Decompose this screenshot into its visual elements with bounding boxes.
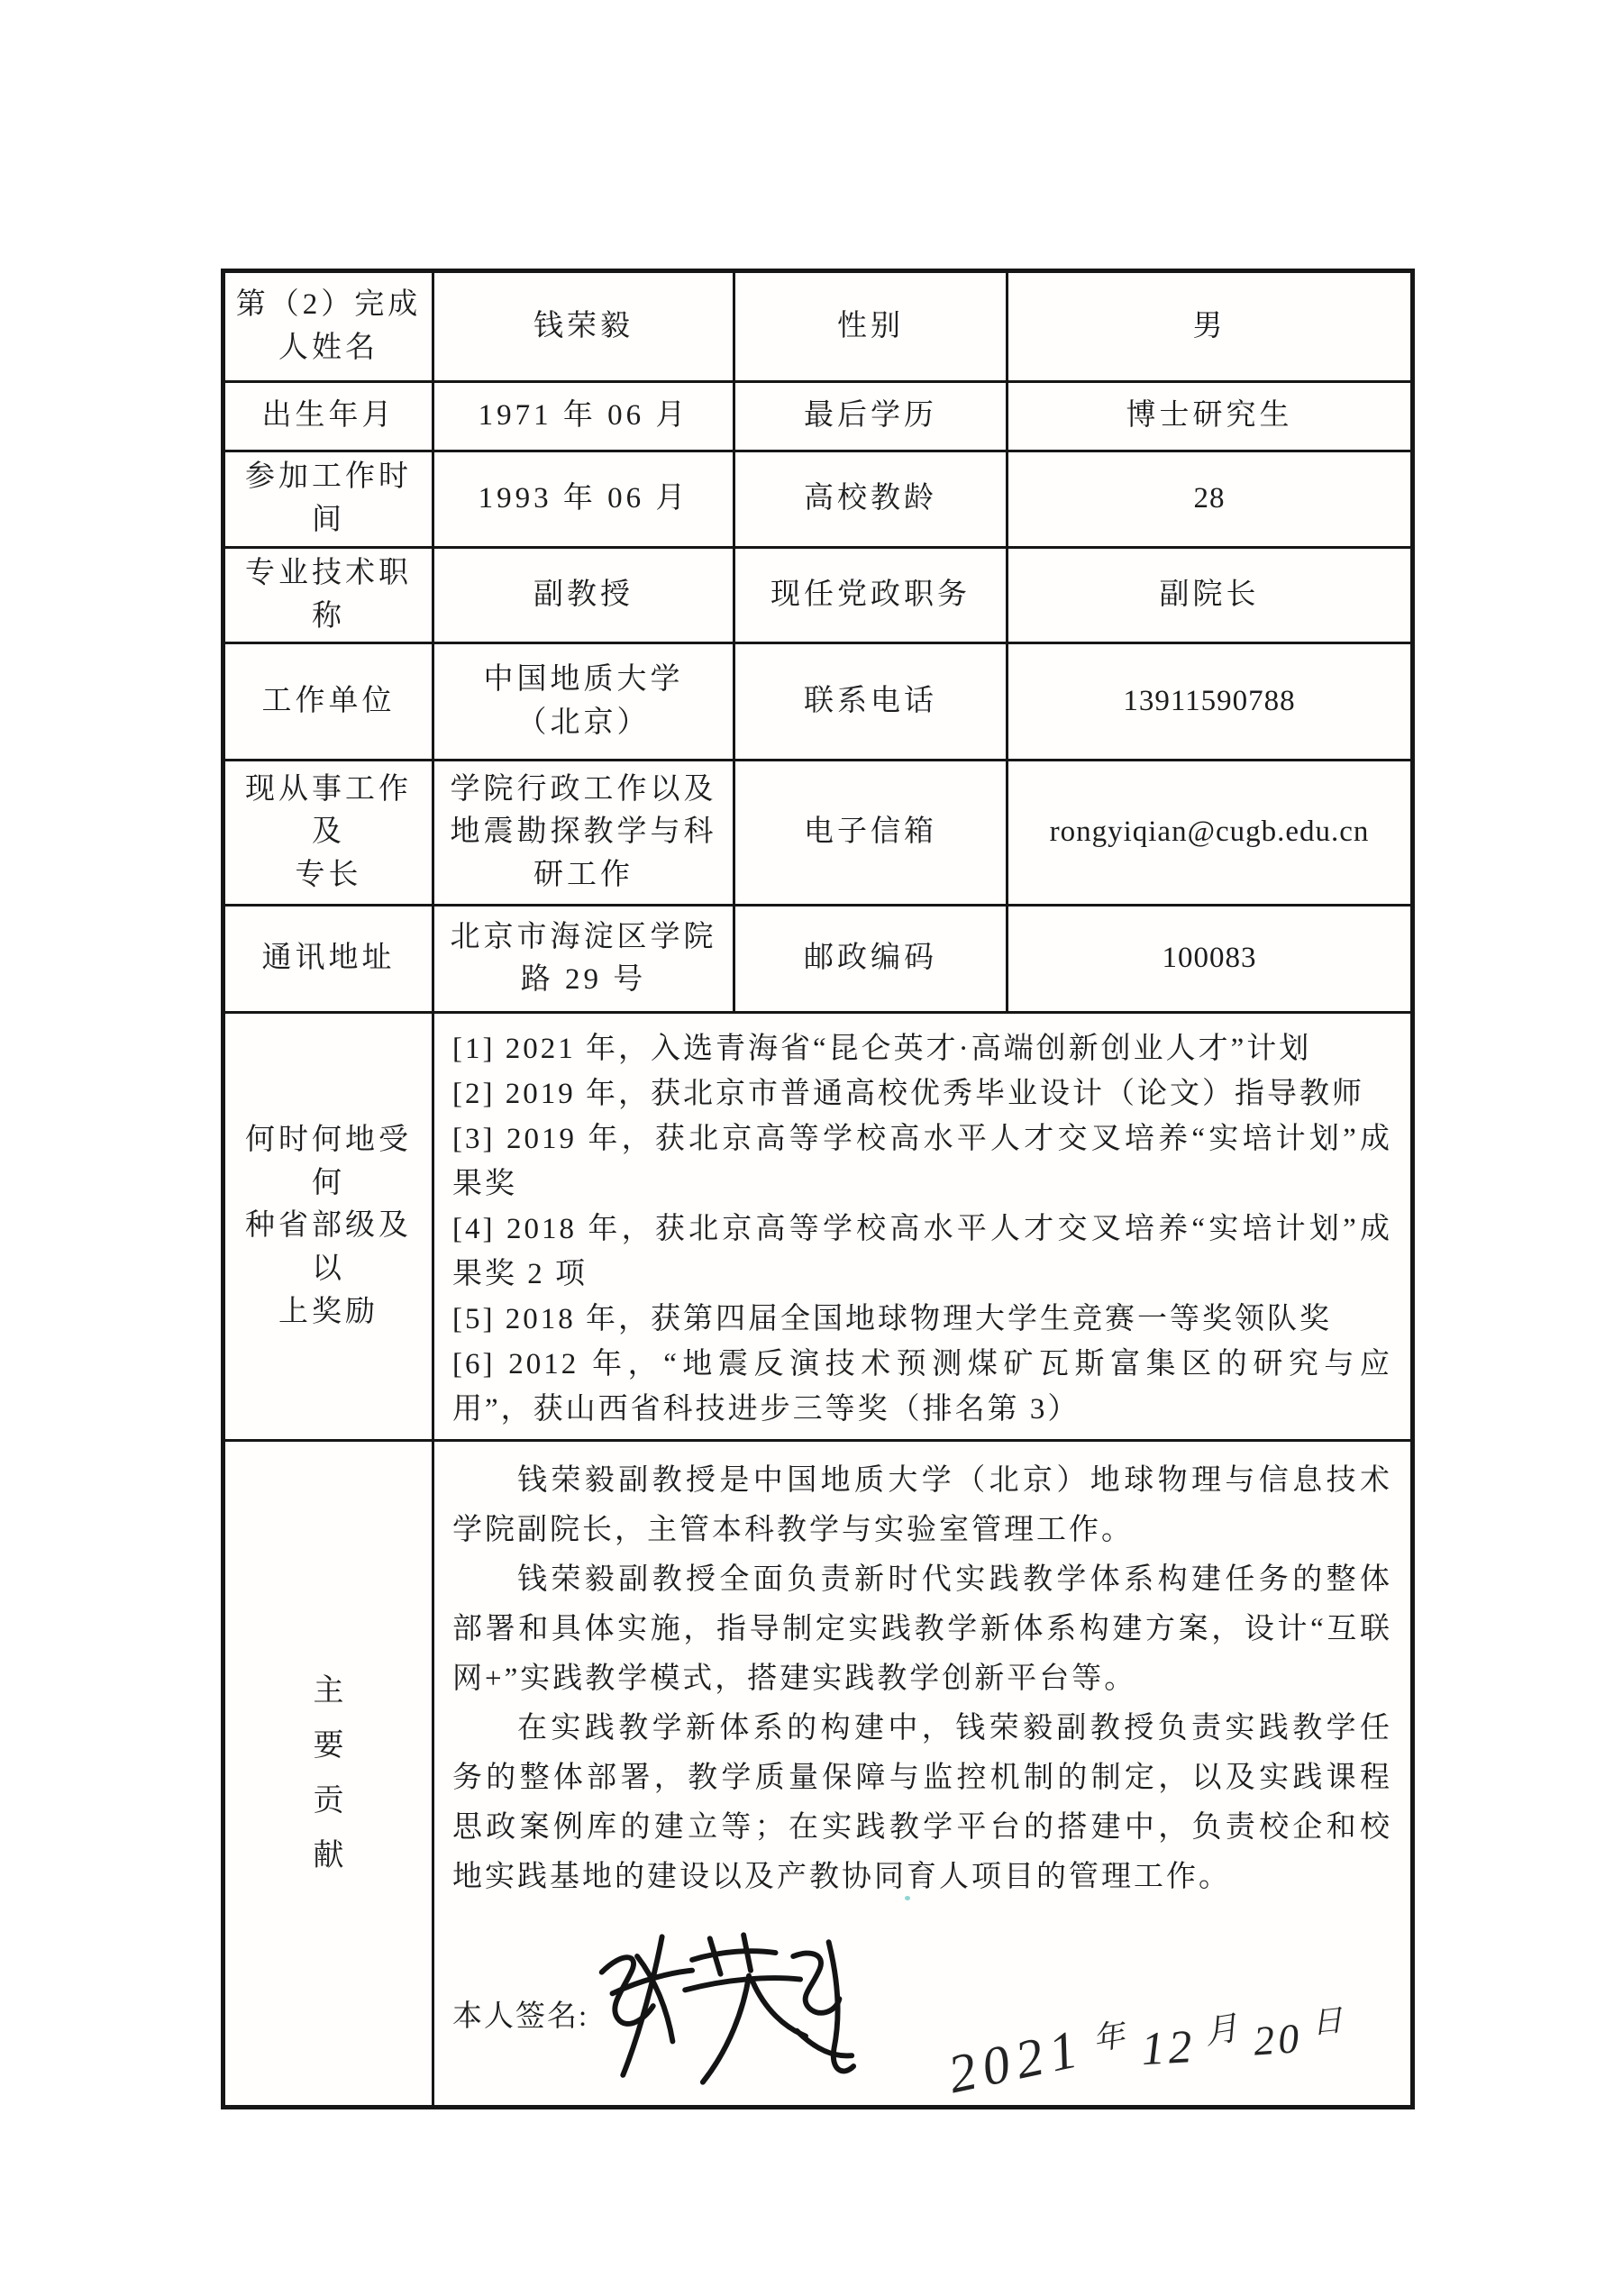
label-employer: 工作单位 [223,643,433,761]
date-day-char: 日 [1310,2006,1347,2040]
award-item: [1] 2021 年，入选青海省“昆仑英才·高端创新创业人才”计划 [452,1026,1392,1071]
value-work-start: 1993 年 06 月 [433,451,734,548]
award-item: [5] 2018 年，获第四届全国地球物理大学生竞赛一等奖领队奖 [452,1297,1392,1342]
personnel-info-table: 第（2）完成 人姓名 钱荣毅 性别 男 出生年月 1971 年 06 月 最后学… [221,269,1415,2109]
date-year-char: 年 [1090,2018,1131,2055]
value-prof-title: 副教授 [433,547,734,643]
value-party-post: 副院长 [1008,547,1413,643]
label-current-work: 现从事工作及 专长 [223,761,433,906]
scanned-form-page: 第（2）完成 人姓名 钱荣毅 性别 男 出生年月 1971 年 06 月 最后学… [0,0,1623,2296]
value-employer: 中国地质大学 （北京） [433,643,734,761]
label-teaching-age: 高校教龄 [734,451,1008,548]
value-gender: 男 [1008,271,1413,382]
label-party-post: 现任党政职务 [734,547,1008,643]
row-birth: 出生年月 1971 年 06 月 最后学历 博士研究生 [223,382,1413,451]
value-phone: 13911590788 [1008,643,1413,761]
award-item: [6] 2012 年，“地震反演技术预测煤矿瓦斯富集区的研究与应用”，获山西省科… [452,1342,1392,1432]
handwritten-date: 2021 年 12 月 20 日 [944,1994,1350,2097]
signature-label: 本人签名: [452,2002,588,2032]
value-awards: [1] 2021 年，入选青海省“昆仑英才·高端创新创业人才”计划 [2] 20… [433,1013,1413,1441]
award-item: [2] 2019 年，获北京市普通高校优秀毕业设计（论文）指导教师 [452,1071,1392,1116]
row-person-name: 第（2）完成 人姓名 钱荣毅 性别 男 [223,271,1413,382]
value-address: 北京市海淀区学院 路 29 号 [433,906,734,1013]
label-birth: 出生年月 [223,382,433,451]
contribution-vertical-label: 主 要 贡 献 [233,1676,424,1872]
row-awards: 何时何地受何 种省部级及以 上奖励 [1] 2021 年，入选青海省“昆仑英才·… [223,1013,1413,1441]
label-phone: 联系电话 [734,643,1008,761]
value-contribution: 钱荣毅副教授是中国地质大学（北京）地球物理与信息技术学院副院长，主管本科教学与实… [433,1441,1413,2108]
row-address: 通讯地址 北京市海淀区学院 路 29 号 邮政编码 100083 [223,906,1413,1013]
signature-image [586,1921,861,2101]
row-prof-title: 专业技术职称 副教授 现任党政职务 副院长 [223,547,1413,643]
value-email: rongyiqian@cugb.edu.cn [1008,761,1413,906]
date-month-digits: 12 [1140,2024,1197,2073]
value-birth: 1971 年 06 月 [433,382,734,451]
label-postcode: 邮政编码 [734,906,1008,1013]
contribution-paragraph: 钱荣毅副教授是中国地质大学（北京）地球物理与信息技术学院副院长，主管本科教学与实… [452,1456,1392,1555]
row-contribution: 主 要 贡 献 钱荣毅副教授是中国地质大学（北京）地球物理与信息技术学院副院长，… [223,1441,1413,2108]
label-last-degree: 最后学历 [734,382,1008,451]
contribution-paragraph: 钱荣毅副教授全面负责新时代实践教学体系构建任务的整体部署和具体实施，指导制定实践… [452,1555,1392,1704]
award-item: [4] 2018 年，获北京高等学校高水平人才交叉培养“实培计划”成果奖 2 项 [452,1207,1392,1297]
value-person-name: 钱荣毅 [433,271,734,382]
date-year-digits: 2021 [944,2020,1089,2101]
contribution-label-char: 主 [314,1676,344,1707]
label-address: 通讯地址 [223,906,433,1013]
date-day-digits: 20 [1253,2018,1304,2063]
label-awards: 何时何地受何 种省部级及以 上奖励 [223,1013,433,1441]
row-employer: 工作单位 中国地质大学 （北京） 联系电话 13911590788 [223,643,1413,761]
contribution-label-char: 贡 [314,1786,344,1817]
label-work-start: 参加工作时间 [223,451,433,548]
contribution-label-char: 献 [314,1841,344,1872]
contribution-paragraph: 在实践教学新体系的构建中，钱荣毅副教授负责实践教学任务的整体部署，教学质量保障与… [452,1704,1392,1902]
scan-artifact-dot [905,1896,910,1900]
label-contribution: 主 要 贡 献 [223,1441,433,2108]
row-work-start: 参加工作时间 1993 年 06 月 高校教龄 28 [223,451,1413,548]
label-email: 电子信箱 [734,761,1008,906]
label-gender: 性别 [734,271,1008,382]
value-current-work: 学院行政工作以及 地震勘探教学与科 研工作 [433,761,734,906]
date-month-char: 月 [1202,2011,1244,2050]
contribution-label-char: 要 [314,1731,344,1762]
value-postcode: 100083 [1008,906,1413,1013]
label-person-name: 第（2）完成 人姓名 [223,271,433,382]
award-item: [3] 2019 年，获北京高等学校高水平人才交叉培养“实培计划”成果奖 [452,1116,1392,1207]
value-teaching-age: 28 [1008,451,1413,548]
label-prof-title: 专业技术职称 [223,547,433,643]
value-last-degree: 博士研究生 [1008,382,1413,451]
row-current-work: 现从事工作及 专长 学院行政工作以及 地震勘探教学与科 研工作 电子信箱 ron… [223,761,1413,906]
